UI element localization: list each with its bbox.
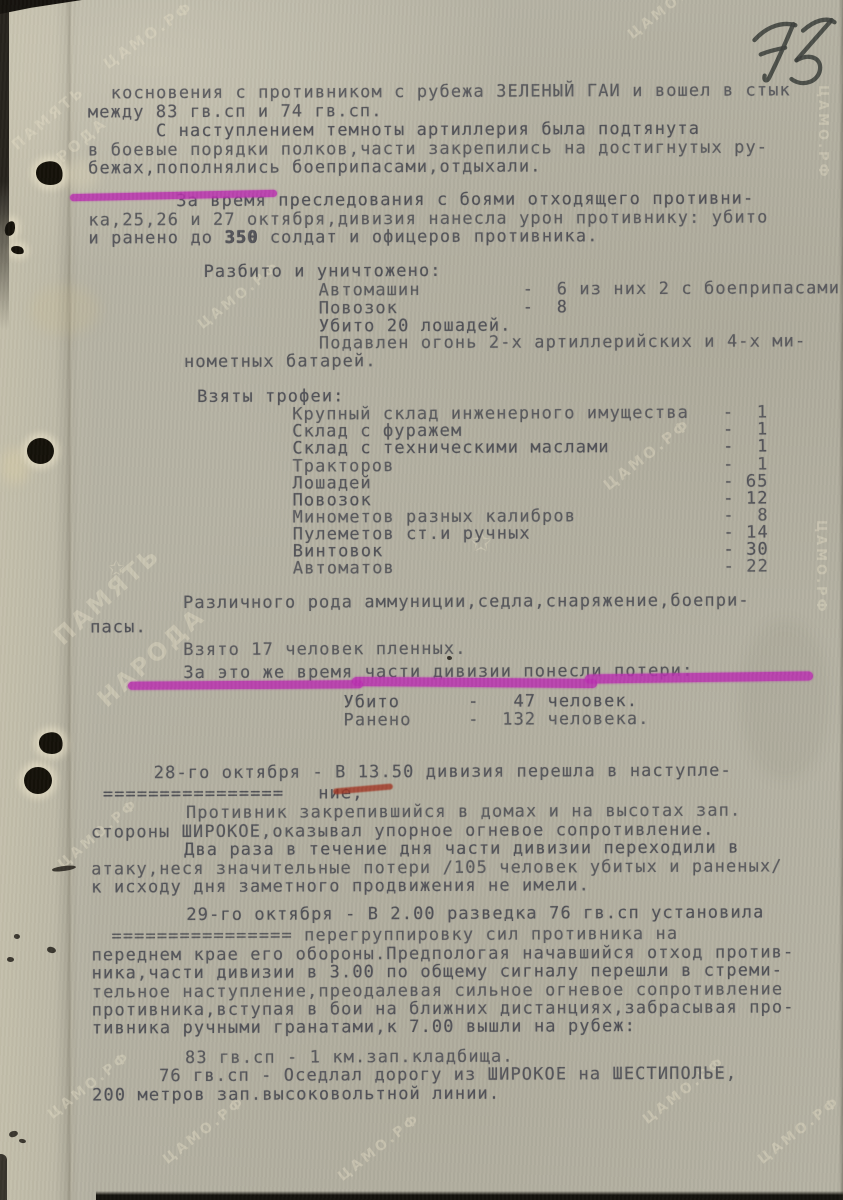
scan-edge-left [0, 0, 9, 330]
typewritten-line: Различного рода аммуниции,седла,снаряжен… [183, 592, 750, 613]
paper-speck [14, 934, 20, 939]
typewritten-line: ================ ние, [103, 784, 364, 804]
punch-hole [24, 767, 52, 794]
typewritten-line: косновения с противником с рубежа ЗЕЛЕНЫ… [111, 81, 791, 103]
typewritten-line: тивника ручными гранатами,к 7.00 вышли н… [92, 1017, 636, 1038]
scan-edge-right [839, 0, 843, 1200]
typewritten-line: 200 метров зап.высоковольтной линии. [92, 1085, 500, 1106]
emphasized-number: 350 [224, 228, 258, 248]
punch-hole [27, 438, 54, 464]
typewritten-line: Разбито и уничтожено: [204, 262, 442, 282]
typewritten-line: 28-го октября - В 13.50 дивизия перешла … [154, 762, 732, 784]
document-page: ЦАМО.РФЦАМО.РФПАМЯТЬНАРОДАЦАМО.РФЦАМО.РФ… [0, 0, 843, 1200]
typewritten-line: к исходу дня заметного продвижения не им… [91, 876, 590, 897]
typewritten-line: Автоматов - 22 [293, 557, 769, 578]
handwritten-page-number [740, 7, 842, 92]
typewritten-line: нометных батарей. [184, 352, 377, 372]
typewritten-line: бежах,пополнялись боеприпасами,отдыхали. [88, 157, 541, 178]
magenta-underline-mark [128, 680, 363, 690]
typewritten-text-layer: косновения с противником с рубежа ЗЕЛЕНЫ… [0, 0, 843, 1200]
typewritten-line: пасы. [90, 618, 147, 637]
typewritten-line: Ранено - 132 человека. [343, 710, 649, 730]
typewritten-line: и ранено до 350 солдат и офицеров против… [88, 227, 598, 248]
scan-edge-bottom-left [0, 1154, 7, 1200]
paper-speck [7, 957, 14, 962]
paper-speck [447, 656, 452, 660]
typewritten-line: Взято 17 человек пленных. [183, 640, 466, 660]
typewritten-line: Подавлен огонь 2-х артиллерийских и 4-х … [319, 332, 806, 353]
typewritten-line: 29-го октября - В 2.00 разведка 76 гв.сп… [186, 904, 764, 926]
scan-edge-bottom [96, 1191, 843, 1200]
